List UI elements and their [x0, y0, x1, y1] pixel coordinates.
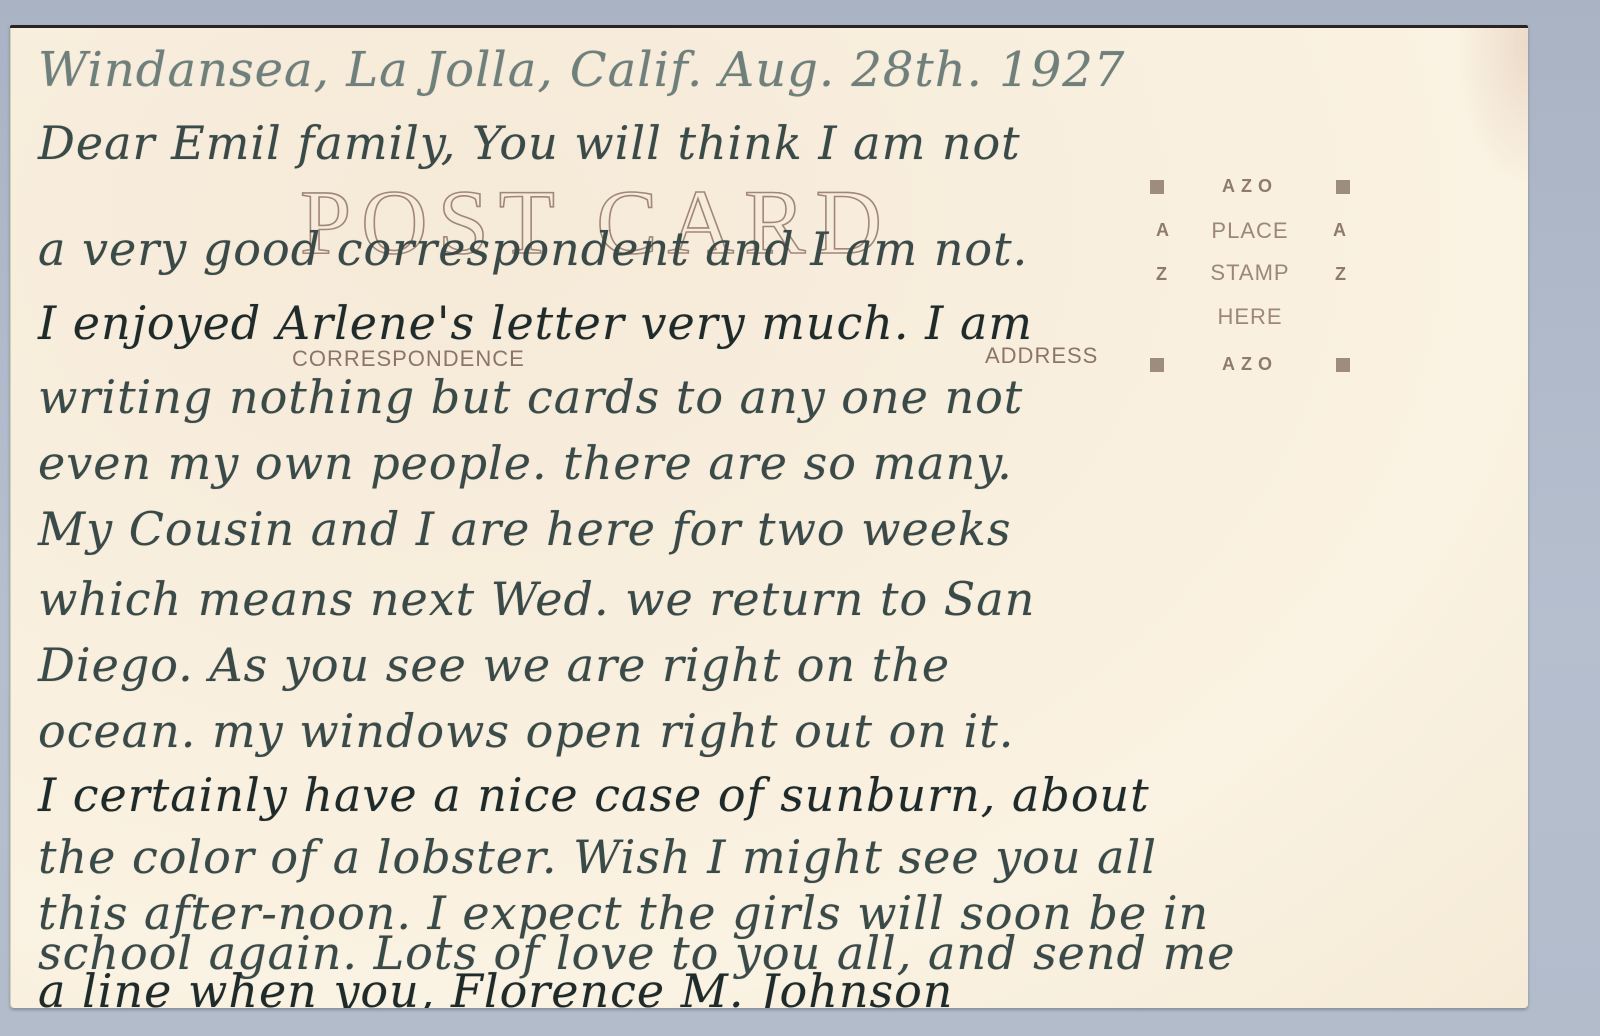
corner-square-icon: [1336, 180, 1350, 194]
stamp-box: AZO A A Z Z PLACE STAMP HERE AZO: [1150, 176, 1350, 376]
handwritten-line: I certainly have a nice case of sunburn,…: [38, 772, 1508, 818]
handwritten-signature-line: a line when you, Florence M. Johnson: [38, 968, 1508, 1008]
handwritten-line: Diego. As you see we are right on the: [38, 642, 1508, 688]
postcard: POST CARD CORRESPONDENCE ADDRESS AZO A A…: [10, 25, 1528, 1008]
handwritten-line: writing nothing but cards to any one not: [38, 374, 1508, 420]
handwritten-line: ocean. my windows open right out on it.: [38, 708, 1508, 754]
handwritten-line: even my own people. there are so many.: [38, 440, 1508, 486]
stamp-box-top-marker: AZO: [1150, 176, 1350, 197]
azo-marker: AZO: [1222, 176, 1278, 197]
corner-square-icon: [1150, 180, 1164, 194]
handwritten-line: I enjoyed Arlene's letter very much. I a…: [38, 300, 1508, 346]
corner-square-icon: [1336, 358, 1350, 372]
handwritten-line: which means next Wed. we return to San: [38, 576, 1508, 622]
stamp-box-bottom-marker: AZO: [1150, 354, 1350, 375]
corner-square-icon: [1150, 358, 1164, 372]
handwritten-line: My Cousin and I are here for two weeks: [38, 506, 1508, 552]
handwritten-line: Windansea, La Jolla, Calif. Aug. 28th. 1…: [38, 46, 1508, 94]
azo-marker: AZO: [1222, 354, 1278, 375]
handwritten-line: a very good correspondent and I am not.: [38, 226, 1508, 272]
handwritten-line: the color of a lobster. Wish I might see…: [38, 834, 1508, 880]
handwritten-line: Dear Emil family, You will think I am no…: [38, 120, 1508, 166]
